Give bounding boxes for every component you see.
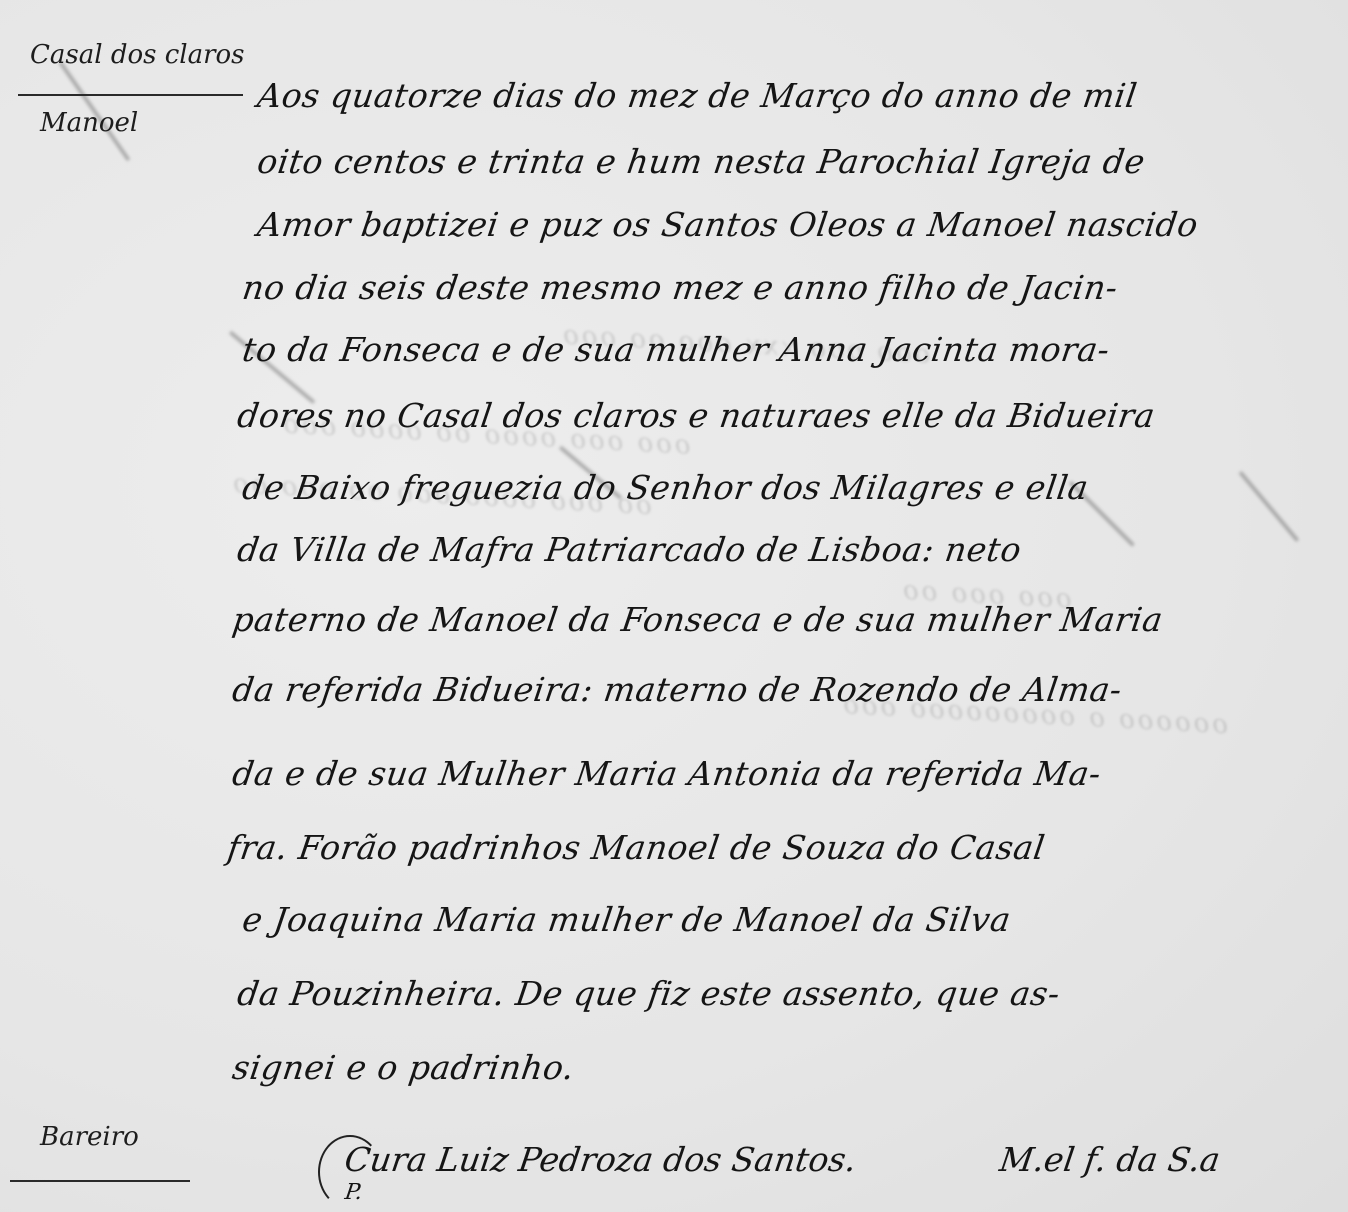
record-line-7: de Baixo freguezia do Senhor dos Milagre… [240, 468, 1091, 507]
record-line-13: e Joaquina Maria mulher de Manoel da Sil… [240, 900, 1013, 939]
record-line-14: da Pouzinheira. De que fiz este assento,… [235, 974, 1063, 1013]
record-line-9: paterno de Manoel da Fonseca e de sua mu… [230, 600, 1166, 639]
record-line-8: da Villa de Mafra Patriarcado de Lisboa:… [235, 530, 1024, 569]
record-line-2: oito centos e trinta e hum nesta Parochi… [255, 142, 1148, 181]
record-line-6: dores no Casal dos claros e naturaes ell… [235, 396, 1158, 435]
record-line-15: signei e o padrinho. [230, 1048, 577, 1087]
manuscript-page: ooo ooo xxx ooo oo ooo ooo ooo oooo oo o… [0, 0, 1348, 1212]
record-line-5: to da Fonseca e de sua mulher Anna Jacin… [240, 330, 1112, 369]
signature-initial: P. [343, 1180, 364, 1205]
signature-suffix: M.el f. da S.a [997, 1140, 1222, 1179]
priest-signature: Cura Luiz Pedroza dos Santos. [342, 1140, 859, 1179]
record-line-10: da referida Bidueira: materno de Rozendo… [230, 670, 1125, 709]
record-line-11: da e de sua Mulher Maria Antonia da refe… [230, 754, 1104, 793]
margin-divider [18, 94, 243, 96]
record-line-4: no dia seis deste mesmo mez e anno filho… [240, 268, 1120, 307]
margin-note-place: Casal dos claros [30, 40, 245, 70]
record-line-3: Amor baptizei e puz os Santos Oleos a Ma… [255, 205, 1201, 244]
margin-note-bottom: Bareiro [40, 1122, 139, 1152]
margin-divider-bottom [10, 1180, 190, 1182]
margin-note-name: Manoel [40, 108, 138, 138]
record-line-1: Aos quatorze dias do mez de Março do ann… [255, 76, 1140, 115]
bleed-stroke [1238, 471, 1299, 543]
record-line-12: fra. Forão padrinhos Manoel de Souza do … [225, 828, 1048, 867]
